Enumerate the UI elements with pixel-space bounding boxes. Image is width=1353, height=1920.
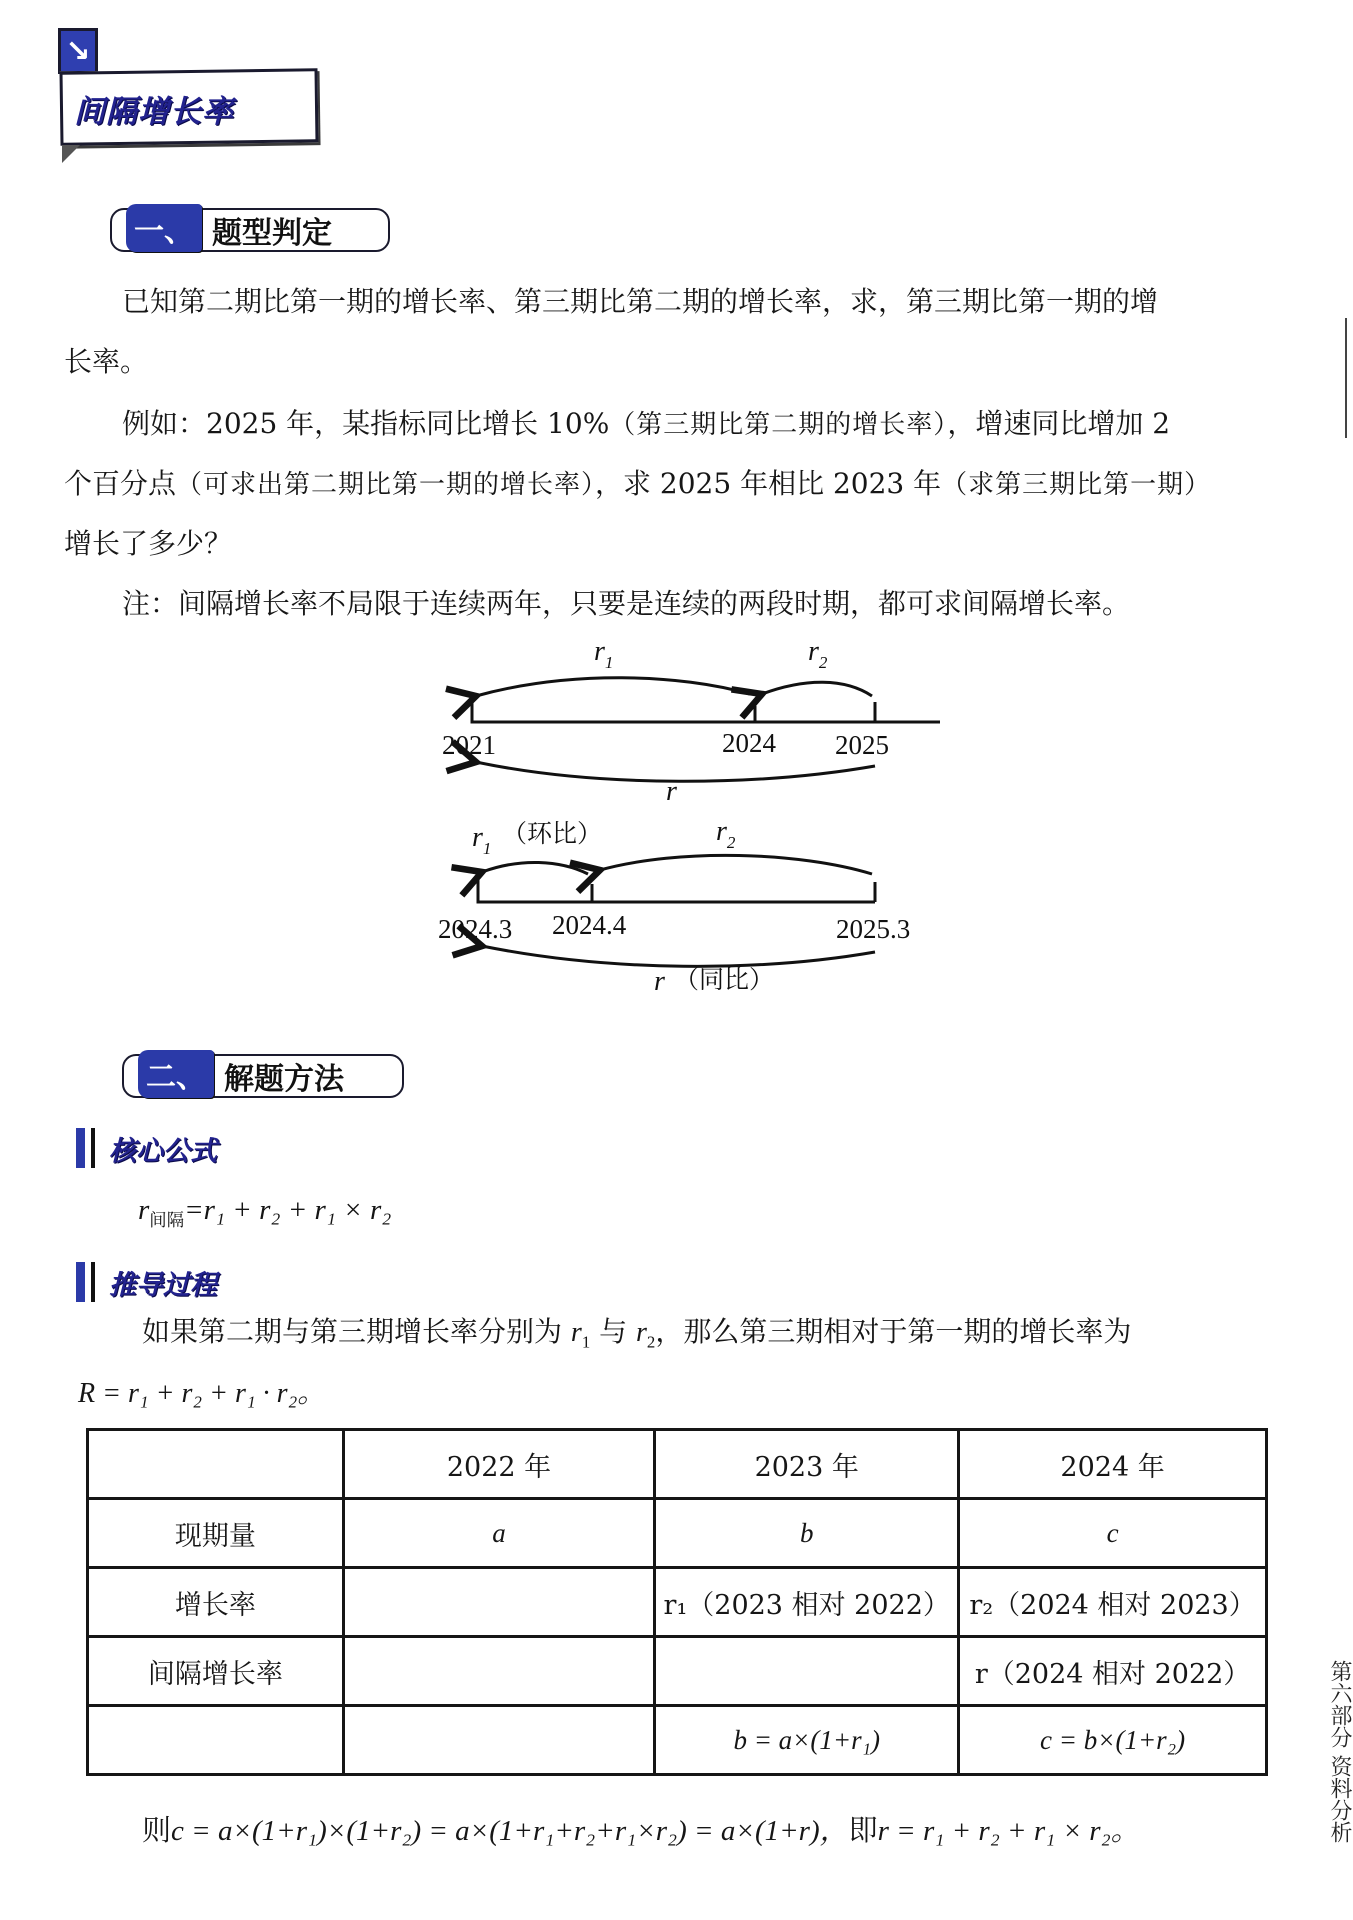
label-year-on-year: （同比） [674,965,774,994]
core-formula: r间隔=r₁ + r₂ + r₁ × r₂ [138,1194,391,1231]
heading-bar [91,1128,95,1168]
arc-r1 [482,862,588,874]
table-cell [88,1706,344,1775]
table-row: 现期量 a b c [88,1499,1267,1568]
var-r1: r [472,822,483,853]
subheading-label: 推导过程 [109,1263,217,1302]
formula-subscript: 间隔 [149,1211,184,1231]
conclusion-result: r = r₁ + r₂ + r₁ × r₂。 [878,1815,1140,1847]
table-cell [655,1637,959,1706]
table-cell: b = a×(1+r₁) [655,1706,959,1775]
section-heading-2: 二、 解题方法 [122,1054,404,1098]
table-cell: r₂（2024 相对 2023） [959,1568,1267,1637]
conclusion-formula: c = a×(1+r₁)×(1+r₂) = a×(1+r₁+r₂+r₁×r₂) … [171,1815,849,1847]
arrow-down-right-icon: ↘ [58,28,98,74]
example-text: ，增速同比增加 2 [947,407,1170,440]
timeline-label: 2025.3 [836,914,910,944]
timeline-diagram-monthly: r1 （环比） r2 2024.3 2024.4 2025.3 r （同比） [420,812,940,1002]
arc-r2 [600,855,872,874]
section-heading-1: 一、 题型判定 [110,208,390,252]
conclusion-line: 则c = a×(1+r₁)×(1+r₂) = a×(1+r₁+r₂+r₁×r₂)… [142,1800,1140,1861]
table-cell: r₁（2023 相对 2022） [655,1568,959,1637]
derivation-formula: R = r₁ + r₂ + r₁ · r₂。 [78,1364,325,1424]
example-note: （第三期比第二期的增长率） [609,410,947,440]
timeline-diagram-annual: r1 r2 2021 2024 2025 r [420,636,940,806]
table-header-row: 2022 年 2023 年 2024 年 [88,1430,1267,1499]
chapter-side-tab: 第六部分 资料分析 [1326,1660,1352,1843]
section-number: 二、 [138,1050,214,1098]
label-chain-ratio: （环比） [502,819,602,848]
subheading-core-formula: 核心公式 [76,1128,217,1168]
arc-r2 [762,682,872,696]
section-label: 题型判定 [212,208,332,252]
page-title: 间隔增长率 [74,86,234,131]
timeline-label: 2024.4 [552,910,627,940]
table-cell: 间隔增长率 [88,1637,344,1706]
example-note: （求第三期比第一期） [941,470,1211,500]
timeline-label: 2021 [442,730,496,760]
table-cell [343,1568,655,1637]
table-header-cell: 2022 年 [343,1430,655,1499]
table-header-cell: 2023 年 [655,1430,959,1499]
var-r2: r [808,636,819,667]
conclusion-then: 即 [849,1813,878,1847]
table-cell [343,1637,655,1706]
table-header-cell [88,1430,344,1499]
svg-text:r2: r2 [808,636,828,672]
var-r1: r [594,636,605,667]
arc-r [482,946,875,966]
var-r: r [654,966,665,997]
intro-paragraph-cont: 长率。 [64,332,148,392]
timeline-label: 2025 [835,730,889,760]
table-cell: 增长率 [88,1568,344,1637]
example-note: （可求出第二期比第一期的增长率） [176,470,595,500]
table-cell [343,1706,655,1775]
svg-text:r1: r1 [594,636,613,672]
example-text: 个百分点 [64,467,176,500]
banner-fold-decoration [62,145,80,163]
growth-rate-table: 2022 年 2023 年 2024 年 现期量 a b c 增长率 r₁（20… [86,1428,1268,1776]
section-number: 一、 [126,204,202,252]
intro-paragraph: 已知第二期比第一期的增长率、第三期比第二期的增长率，求，第三期比第一期的增 [122,272,1158,332]
table-row: 间隔增长率 r（2024 相对 2022） [88,1637,1267,1706]
heading-bar [76,1128,85,1168]
var-r: r [666,776,677,806]
var-r2: r [716,816,727,847]
conclusion-prefix: 则 [142,1813,171,1847]
table-cell: r（2024 相对 2022） [959,1637,1267,1706]
table-cell: b [655,1499,959,1568]
derivation-paragraph: 如果第二期与第三期增长率分别为 r1 与 r2，那么第三期相对于第一期的增长率为 [142,1302,1131,1373]
table-cell: c = b×(1+r₂) [959,1706,1267,1775]
example-text: 例如：2025 年，某指标同比增长 10% [122,407,609,440]
timeline-label: 2024.3 [438,914,512,944]
subheading-derivation: 推导过程 [76,1262,217,1302]
table-row: b = a×(1+r₁) c = b×(1+r₂) [88,1706,1267,1775]
example-line-3: 增长了多少？ [64,514,232,574]
table-cell: 现期量 [88,1499,344,1568]
svg-text:r2: r2 [716,816,736,852]
timeline-label: 2024 [722,728,777,758]
example-text: ，求 2025 年相比 2023 年 [595,467,941,500]
heading-bar [91,1262,95,1302]
subheading-label: 核心公式 [109,1129,217,1168]
table-cell: c [959,1499,1267,1568]
page-edge-rule [1345,318,1347,438]
table-cell: a [343,1499,655,1568]
svg-text:r1: r1 [472,822,491,858]
example-line-2: 个百分点（可求出第二期比第一期的增长率），求 2025 年相比 2023 年（求… [64,454,1211,515]
table-row: 增长率 r₁（2023 相对 2022） r₂（2024 相对 2023） [88,1568,1267,1637]
example-line-1: 例如：2025 年，某指标同比增长 10%（第三期比第二期的增长率），增速同比增… [122,394,1170,455]
section-label: 解题方法 [224,1054,344,1098]
arc-r1 [476,678,750,696]
table-header-cell: 2024 年 [959,1430,1267,1499]
heading-bar [76,1262,85,1302]
note-paragraph: 注：间隔增长率不局限于连续两年，只要是连续的两段时期，都可求间隔增长率。 [122,574,1130,634]
